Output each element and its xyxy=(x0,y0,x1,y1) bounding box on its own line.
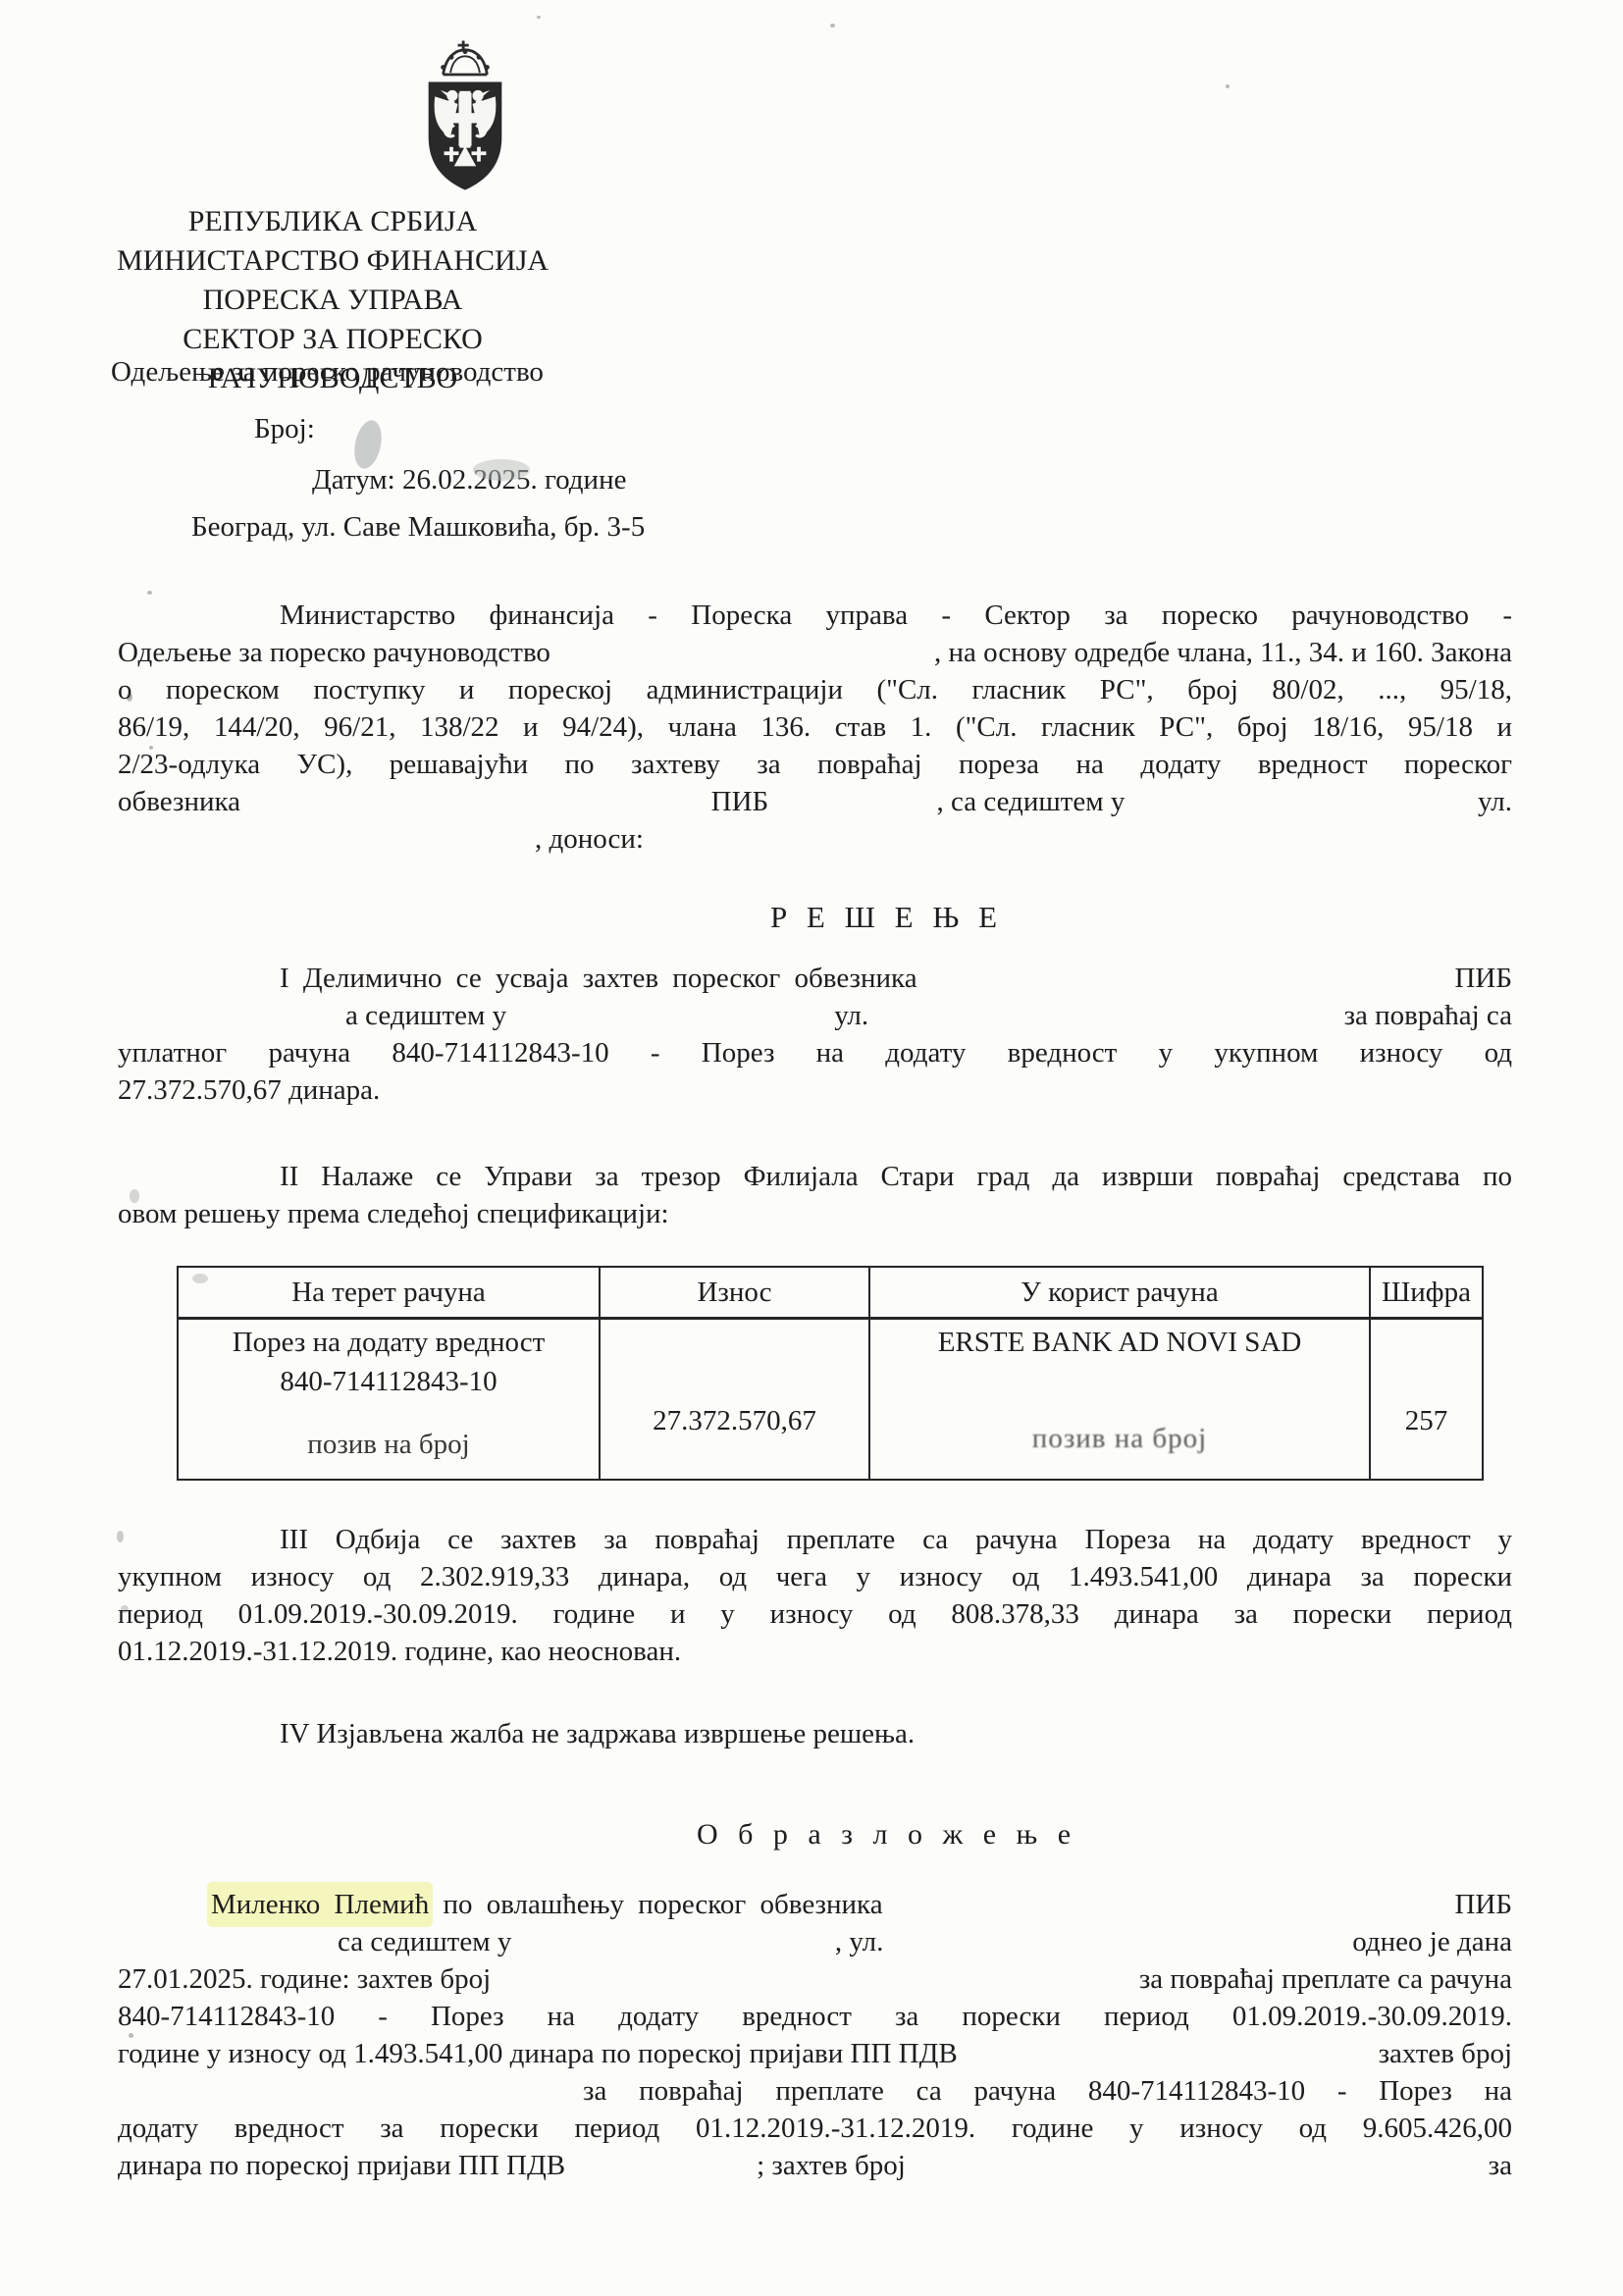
intro-line-2: Одељење за пореско рачуноводство , на ос… xyxy=(118,634,1512,671)
pib-label: ПИБ xyxy=(711,783,769,820)
item-IV-line: IV Изјављена жалба не задржава извршење … xyxy=(118,1715,1512,1752)
text-segment: I Делимично се усваја захтев пореског об… xyxy=(280,960,917,997)
text-segment: Одељење за пореско рачуноводство xyxy=(118,634,550,671)
explanation-line-1: Миленко Племић по овлашћењу пореског обв… xyxy=(118,1886,1512,1923)
text-segment: а седиштем у xyxy=(345,997,506,1034)
item-II-paragraph: II Налаже се Управи за трезор Филијала С… xyxy=(118,1158,1512,1232)
intro-line-4: 86/19, 144/20, 96/21, 138/22 и 94/24), ч… xyxy=(118,708,1512,746)
intro-paragraph: Министарство финансија - Пореска управа … xyxy=(118,597,1512,858)
explanation-line-4: 840-714112843-10 - Порез на додату вредн… xyxy=(118,1998,1512,2035)
item-II-line-1: II Налаже се Управи за трезор Филијала С… xyxy=(118,1158,1512,1195)
scan-speck xyxy=(1226,84,1230,88)
text-segment: однео је дана xyxy=(1352,1923,1512,1960)
department-line: Одељење за пореско рачуноводство xyxy=(111,355,544,389)
item-I-line-2: а седиштем у ул. за повраћај са xyxy=(118,997,1512,1034)
debit-account-number: 840-714112843-10 xyxy=(179,1363,599,1400)
scan-speck xyxy=(830,24,835,27)
serbia-coat-of-arms-icon xyxy=(410,35,520,196)
text-segment: године у износу од 1.493.541,00 динара п… xyxy=(118,2035,958,2072)
table-row: Порез на додату вредност 840-714112843-1… xyxy=(178,1319,1483,1481)
explanation-line-3: 27.01.2025. године: захтев број за повра… xyxy=(118,1960,1512,1998)
intro-line-7: , доноси: xyxy=(118,820,1512,858)
text-segment: , са седиштем у xyxy=(937,783,1126,820)
ministry-line: МИНИСТАРСТВО ФИНАНСИЈА xyxy=(81,241,584,281)
explanation-line-2: са седиштем у , ул. однео је дана xyxy=(118,1923,1512,1960)
explanation-line-8: динара по пореској пријави ПП ПДВ ; захт… xyxy=(118,2147,1512,2184)
text-segment: , на основу одредбе члана, 11., 34. и 16… xyxy=(934,634,1512,671)
text-segment: са седиштем у xyxy=(338,1923,511,1960)
explanation-line-5: године у износу од 1.493.541,00 динара п… xyxy=(118,2035,1512,2072)
text-segment: 27.01.2025. године: захтев број xyxy=(118,1960,491,1998)
code-value: 257 xyxy=(1371,1402,1482,1439)
amount-cell: 27.372.570,67 xyxy=(600,1319,869,1481)
scan-speck xyxy=(127,693,132,702)
explanation-paragraph: Миленко Племић по овлашћењу пореског обв… xyxy=(118,1886,1512,2184)
text-segment: ул. xyxy=(834,997,868,1034)
column-header-amount: Износ xyxy=(600,1267,869,1319)
credit-account-cell: ERSTE BANK AD NOVI SAD позив на број xyxy=(869,1319,1370,1481)
tax-administration-line: ПОРЕСКА УПРАВА xyxy=(81,281,584,320)
text-segment: ; захтев број xyxy=(757,2147,906,2184)
column-header-debit-account: На терет рачуна xyxy=(178,1267,600,1319)
item-III-paragraph: III Одбија се захтев за повраћај преплат… xyxy=(118,1521,1512,1670)
credit-bank-name: ERSTE BANK AD NOVI SAD xyxy=(870,1324,1369,1361)
debit-account-name: Порез на додату вредност xyxy=(179,1324,599,1361)
item-III-line-4: 01.12.2019.-31.12.2019. године, као неос… xyxy=(118,1633,1512,1670)
text-segment: динара по пореској пријави ПП ПДВ xyxy=(118,2147,565,2184)
explanation-line-7: додату вредност за порески период 01.12.… xyxy=(118,2110,1512,2147)
item-III-line-1: III Одбија се захтев за повраћај преплат… xyxy=(118,1521,1512,1558)
text-segment: ул. xyxy=(1478,783,1512,820)
intro-line-5: 2/23-одлука УС), решавајући по захтеву з… xyxy=(118,746,1512,783)
item-I-line-1: I Делимично се усваја захтев пореског об… xyxy=(118,960,1512,997)
scan-speck xyxy=(149,746,153,750)
decision-heading: Р Е Ш Е Њ Е xyxy=(118,898,1581,937)
code-cell: 257 xyxy=(1370,1319,1483,1481)
scan-speck xyxy=(117,1531,124,1542)
text-segment: за повраћај са xyxy=(1344,997,1512,1034)
address-line: Београд, ул. Саве Машковића, бр. 3-5 xyxy=(191,510,645,544)
intro-line-1: Министарство финансија - Пореска управа … xyxy=(118,597,1512,634)
sector-line: СЕКТОР ЗА ПОРЕСКО РАЧУНОВОДСТВО xyxy=(81,320,584,359)
text-segment: захтев број xyxy=(1379,2035,1512,2072)
amount-value: 27.372.570,67 xyxy=(601,1402,868,1439)
scanned-document-page: РЕПУБЛИКА СРБИЈА МИНИСТАРСТВО ФИНАНСИЈА … xyxy=(0,0,1623,2296)
redaction-smudge xyxy=(473,459,530,481)
item-III-line-3: период 01.09.2019.-30.09.2019. године и … xyxy=(118,1595,1512,1633)
table-header-row: На терет рачуна Износ У корист рачуна Ши… xyxy=(178,1267,1483,1319)
text-segment: обвезника xyxy=(118,783,240,820)
text-segment: за xyxy=(1489,2147,1512,2184)
intro-line-3: о пореском поступку и пореској администр… xyxy=(118,671,1512,708)
debit-reference-label: позив на број xyxy=(179,1426,599,1463)
item-III-line-2: укупном износу од 2.302.919,33 динара, о… xyxy=(118,1558,1512,1595)
text-segment: по овлашћењу пореског обвезника xyxy=(429,1886,882,1923)
column-header-code: Шифра xyxy=(1370,1267,1483,1319)
item-I-line-4: 27.372.570,67 динара. xyxy=(118,1071,1512,1109)
item-I-paragraph: I Делимично се усваја захтев пореског об… xyxy=(118,960,1512,1109)
scan-speck xyxy=(537,16,541,19)
item-IV-paragraph: IV Изјављена жалба не задржава извршење … xyxy=(118,1715,1512,1752)
debit-account-cell: Порез на додату вредност 840-714112843-1… xyxy=(178,1319,600,1481)
pib-label: ПИБ xyxy=(1454,1886,1512,1923)
specification-table: На терет рачуна Износ У корист рачуна Ши… xyxy=(177,1266,1484,1481)
scan-speck xyxy=(147,591,152,595)
scan-speck xyxy=(129,2033,133,2038)
explanation-heading: О б р а з л о ж е њ е xyxy=(118,1815,1581,1854)
text-segment: , ул. xyxy=(835,1923,883,1960)
institution-header: РЕПУБЛИКА СРБИЈА МИНИСТАРСТВО ФИНАНСИЈА … xyxy=(81,202,584,359)
intro-line-6: обвезника ПИБ , са седиштем у ул. xyxy=(118,783,1512,820)
explanation-line-6: за повраћај преплате са рачуна 840-71411… xyxy=(118,2072,1512,2110)
text-segment: за повраћај преплате са рачуна 840-71411… xyxy=(583,2072,1512,2110)
credit-reference-label: позив на број xyxy=(870,1420,1369,1457)
scan-speck xyxy=(130,1189,139,1203)
scan-speck xyxy=(192,1274,208,1283)
scan-speck xyxy=(121,1605,129,1613)
column-header-credit-account: У корист рачуна xyxy=(869,1267,1370,1319)
item-II-line-2: овом решењу према следећој спецификацији… xyxy=(118,1195,1512,1232)
highlighted-name: Миленко Племић xyxy=(211,1886,429,1923)
item-I-line-3: уплатног рачуна 840-714112843-10 - Порез… xyxy=(118,1034,1512,1071)
text-segment: за повраћај преплате са рачуна xyxy=(1139,1960,1512,1998)
pib-label: ПИБ xyxy=(1454,960,1512,997)
case-number-label: Број: xyxy=(254,412,315,445)
republic-line: РЕПУБЛИКА СРБИЈА xyxy=(81,202,584,241)
date-line: Датум: 26.02.2025. године xyxy=(312,463,626,496)
